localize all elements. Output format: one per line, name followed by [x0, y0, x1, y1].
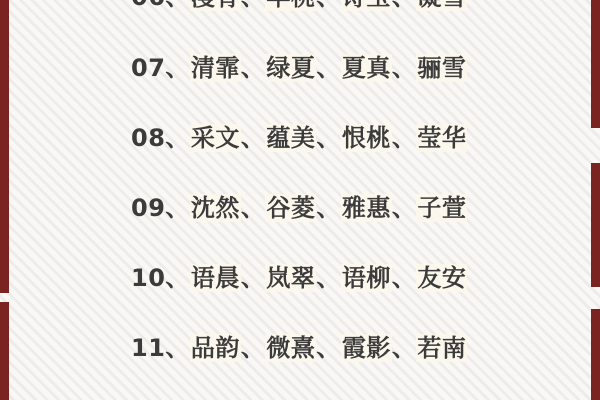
name-item: 恨桃 — [341, 124, 392, 152]
right-edge-bar-segment — [591, 309, 600, 400]
name-item: 微熹 — [265, 334, 316, 362]
name-item: 诗玉 — [341, 0, 392, 11]
separator: 、 — [165, 124, 190, 152]
separator: 、 — [316, 0, 341, 11]
separator: 、 — [392, 124, 417, 152]
name-row: 10、语晨、岚翠、语柳、友安 — [131, 263, 467, 293]
row-number: 06 — [131, 0, 165, 11]
row-number: 10 — [131, 264, 165, 292]
name-item: 华桃 — [265, 0, 316, 11]
separator: 、 — [392, 334, 417, 362]
separator: 、 — [392, 264, 417, 292]
name-row: 07、清霏、绿夏、夏真、骊雪 — [131, 53, 467, 83]
separator: 、 — [316, 54, 341, 82]
name-item: 漫青 — [190, 0, 241, 11]
name-item: 骊雪 — [416, 54, 467, 82]
separator: 、 — [241, 54, 266, 82]
name-item: 谷菱 — [265, 194, 316, 222]
name-item: 品韵 — [190, 334, 241, 362]
name-item: 友安 — [416, 264, 467, 292]
name-list-page: 06、漫青、华桃、诗玉、凝雪07、清霏、绿夏、夏真、骊雪08、采文、蕴美、恨桃、… — [0, 0, 600, 400]
separator: 、 — [241, 124, 266, 152]
name-item: 莹华 — [416, 124, 467, 152]
separator: 、 — [241, 0, 266, 11]
separator: 、 — [165, 194, 190, 222]
left-edge-bar-segment — [0, 0, 9, 293]
separator: 、 — [241, 264, 266, 292]
separator: 、 — [392, 54, 417, 82]
name-row: 08、采文、蕴美、恨桃、莹华 — [131, 123, 467, 153]
separator: 、 — [316, 194, 341, 222]
name-row: 09、沈然、谷菱、雅惠、子萱 — [131, 193, 467, 223]
name-item: 沈然 — [190, 194, 241, 222]
separator: 、 — [165, 54, 190, 82]
separator: 、 — [241, 194, 266, 222]
separator: 、 — [165, 264, 190, 292]
separator: 、 — [316, 124, 341, 152]
name-item: 语晨 — [190, 264, 241, 292]
separator: 、 — [241, 334, 266, 362]
name-item: 雅惠 — [341, 194, 392, 222]
left-edge-bar-segment — [0, 302, 9, 400]
name-item: 语柳 — [341, 264, 392, 292]
name-item: 凝雪 — [416, 0, 467, 11]
name-row: 11、品韵、微熹、霞影、若南 — [131, 333, 467, 363]
separator: 、 — [392, 194, 417, 222]
name-item: 子萱 — [416, 194, 467, 222]
name-row: 06、漫青、华桃、诗玉、凝雪 — [131, 0, 467, 12]
separator: 、 — [316, 264, 341, 292]
row-number: 08 — [131, 124, 165, 152]
row-number: 07 — [131, 54, 165, 82]
name-item: 绿夏 — [265, 54, 316, 82]
separator: 、 — [165, 334, 190, 362]
name-item: 岚翠 — [265, 264, 316, 292]
name-item: 蕴美 — [265, 124, 316, 152]
row-number: 09 — [131, 194, 165, 222]
right-edge-bar-segment — [591, 0, 600, 128]
name-item: 夏真 — [341, 54, 392, 82]
separator: 、 — [165, 0, 190, 11]
name-item: 若南 — [416, 334, 467, 362]
right-edge-bar-segment — [591, 163, 600, 287]
separator: 、 — [392, 0, 417, 11]
row-number: 11 — [131, 334, 165, 362]
name-item: 霞影 — [341, 334, 392, 362]
name-item: 清霏 — [190, 54, 241, 82]
name-item: 采文 — [190, 124, 241, 152]
separator: 、 — [316, 334, 341, 362]
